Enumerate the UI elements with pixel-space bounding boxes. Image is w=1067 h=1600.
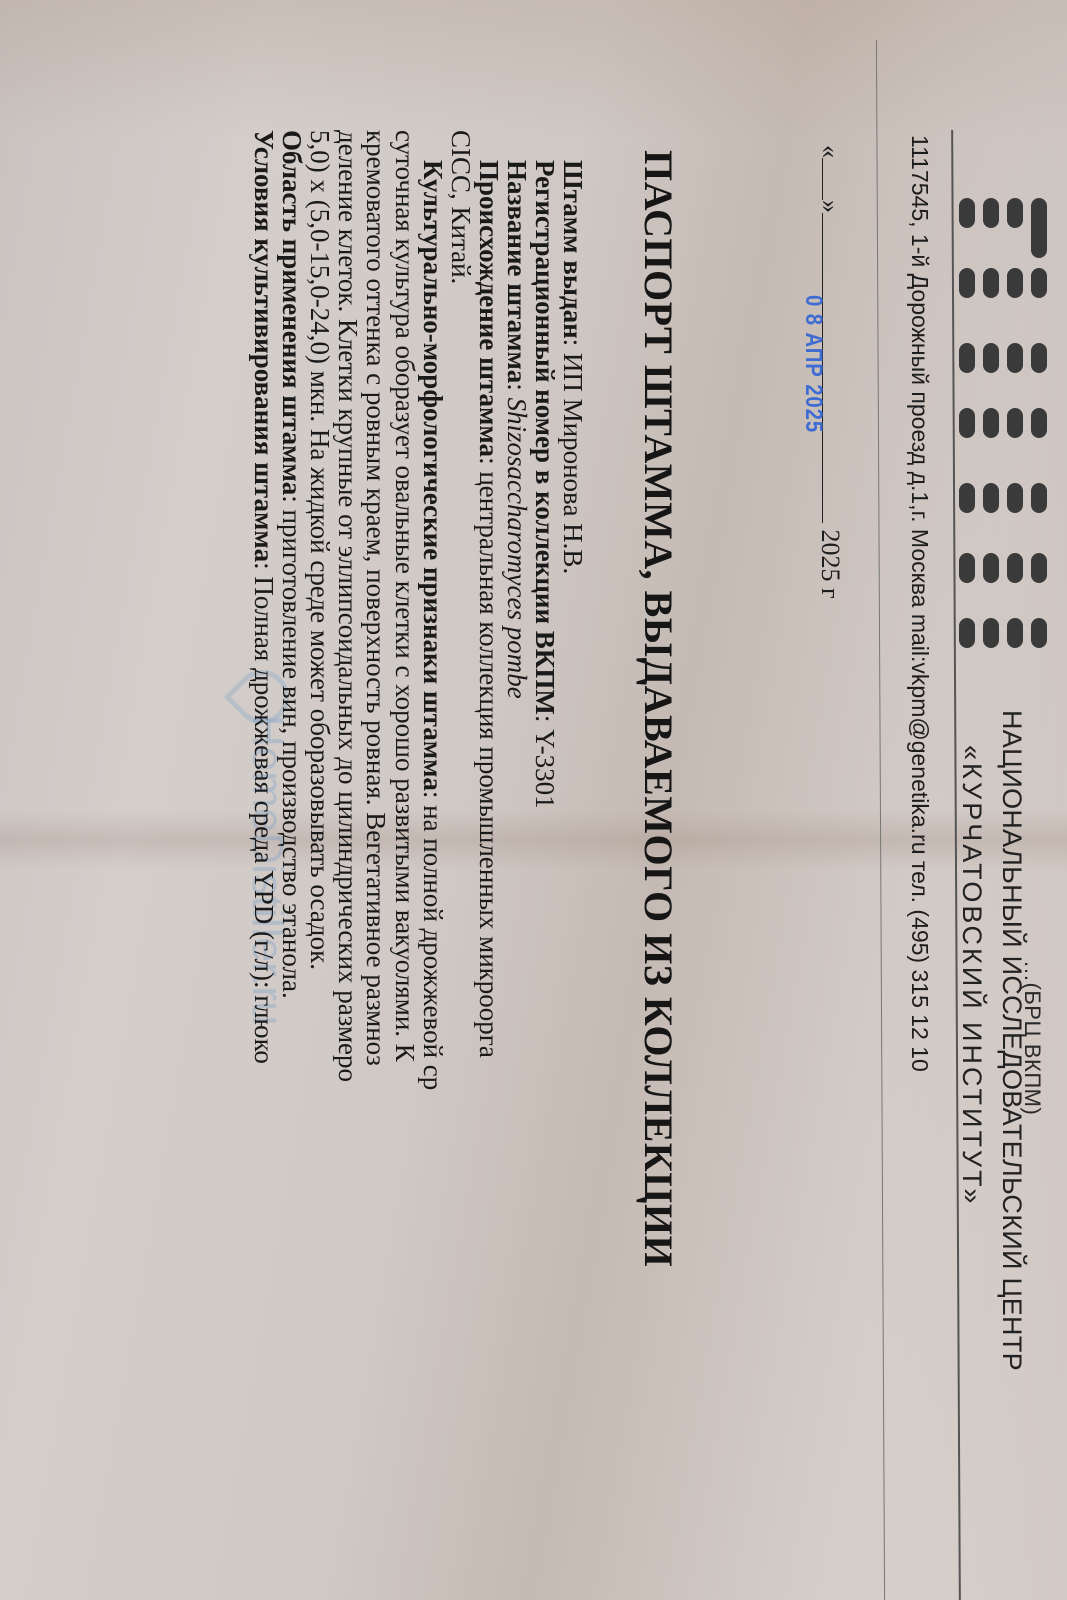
field-reg-number: Регистрационный номер в коллекции ВКПМ: … xyxy=(531,130,559,1590)
date-close-quote: » xyxy=(816,200,845,213)
field-origin-cont: CICC, Китай. xyxy=(447,130,475,1590)
date-year: 2025 г xyxy=(816,530,845,599)
org-name: НАЦИОНАЛЬНЫЙ ИССЛЕДОВАТЕЛЬСКИЙ ЦЕНТР xyxy=(996,710,1027,1371)
dna-bars-logo-icon xyxy=(945,190,1055,690)
org-address: 1117545, 1-й Дорожный проезд д.1,г. Моск… xyxy=(906,135,933,1072)
morphology-line: 5,0) х (5,0-15,0-24,0) мкн. На жидкой ср… xyxy=(306,130,334,1590)
document-page: …(БРЦ ВКПМ) НАЦИОНАЛЬНЫЙ ИССЛЕДОВАТЕЛЬСК… xyxy=(0,0,1067,1600)
field-morphology: Культурально-морфологические признаки шт… xyxy=(419,130,447,1590)
field-origin: Происхождение штамма: центральная коллек… xyxy=(475,130,503,1590)
org-name-institute: «КУРЧАТОВСКИЙ ИНСТИТУТ» xyxy=(956,745,987,1206)
address-divider xyxy=(876,40,885,1600)
day-blank xyxy=(822,158,823,200)
document-body: Штамм выдан: ИП Миронова Н.В. Регистраци… xyxy=(250,130,587,1590)
date-open-quote: « xyxy=(816,145,845,158)
morphology-line: деление клеток. Клетки крупные от эллипс… xyxy=(334,130,362,1590)
morphology-line: суточная культура оборазует овальные кле… xyxy=(390,130,418,1590)
field-cultivation: Условия культивирования штамма: Полная д… xyxy=(250,130,278,1590)
field-issued-to: Штамм выдан: ИП Миронова Н.В. xyxy=(559,130,587,1590)
field-application: Область применения штамма: приготовление… xyxy=(278,130,306,1590)
morphology-line: кремоватого оттенка с ровным краем, пове… xyxy=(362,130,390,1590)
document-title: ПАСПОРТ ШТАММА, ВЫДАВАЕМОГО ИЗ КОЛЛЕКЦИИ xyxy=(635,150,682,1267)
date-stamp: 0 8 АПР 2025 xyxy=(799,295,827,433)
field-strain-name: Название штамма: Shizosaccharomyces pomb… xyxy=(503,130,531,1590)
